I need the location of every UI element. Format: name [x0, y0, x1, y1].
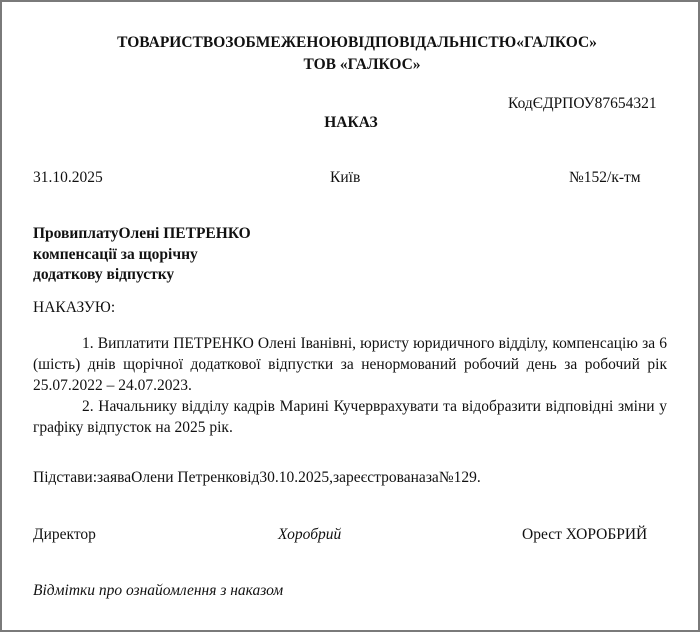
- signatory-name: Орест ХОРОБРИЙ: [522, 525, 647, 545]
- organization-short-name: ТОВ «ГАЛКОС»: [2, 55, 698, 75]
- order-date: 31.10.2025: [33, 168, 103, 188]
- organization-full-name: ТОВАРИСТВОЗОБМЕЖЕНОЮВІДПОВІДАЛЬНІСТЮ«ГАЛ…: [2, 33, 698, 53]
- subject-line: додаткову відпустку: [33, 265, 251, 286]
- signature: Хоробрий: [278, 525, 341, 545]
- order-word: НАКАЗУЮ:: [33, 298, 115, 318]
- edrpou-code: КодЄДРПОУ87654321: [508, 94, 657, 114]
- order-item: 2. Начальнику відділу кадрів Марині Куче…: [33, 396, 667, 438]
- order-item: 1. Виплатити ПЕТРЕНКО Олені Іванівні, юр…: [33, 333, 667, 396]
- order-city: Київ: [330, 168, 360, 188]
- order-grounds: Підстави:заяваОлени Петренковід30.10.202…: [33, 468, 481, 488]
- subject-line: компенсації за щорічну: [33, 245, 251, 266]
- order-subject: ПровиплатуОлені ПЕТРЕНКО компенсації за …: [33, 224, 251, 286]
- order-items: 1. Виплатити ПЕТРЕНКО Олені Іванівні, юр…: [33, 333, 667, 438]
- acknowledgement-note: Відмітки про ознайомлення з наказом: [33, 581, 283, 601]
- signatory-title: Директор: [33, 525, 96, 545]
- order-number: №152/к-тм: [569, 168, 641, 188]
- subject-line: ПровиплатуОлені ПЕТРЕНКО: [33, 224, 251, 245]
- document-type-title: НАКАЗ: [2, 113, 698, 133]
- order-document: ТОВАРИСТВОЗОБМЕЖЕНОЮВІДПОВІДАЛЬНІСТЮ«ГАЛ…: [0, 0, 700, 632]
